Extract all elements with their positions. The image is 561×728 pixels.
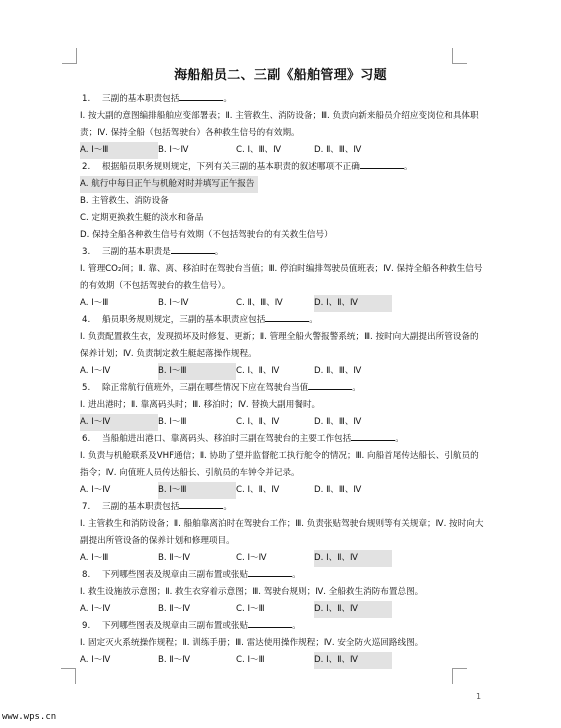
answer-option-a[interactable]: A. Ⅰ～Ⅳ bbox=[80, 482, 158, 499]
answer-option-d[interactable]: D. 保持全船各种救生信号有效期（不包括驾驶台的有关救生信号） bbox=[80, 227, 337, 244]
page-corner-mark-top-right bbox=[452, 48, 467, 64]
answer-option-d[interactable]: D. Ⅰ、Ⅱ、Ⅳ bbox=[314, 295, 392, 312]
answer-option-c[interactable]: C. Ⅰ～Ⅲ bbox=[236, 601, 314, 618]
question-end-mark: 。 bbox=[223, 502, 232, 512]
answer-options: A. Ⅰ～ⅢB. Ⅰ～ⅣC. Ⅱ、Ⅲ、ⅣD. Ⅰ、Ⅱ、Ⅳ bbox=[80, 295, 486, 312]
question-stem: 5.除正常航行值班外，三副在哪些情况下应在驾驶台当值。 bbox=[80, 380, 486, 397]
question-block: 3.三副的基本职责是。Ⅰ. 管理CO₂间；Ⅱ. 靠、离、移泊时在驾驶台当值；Ⅲ.… bbox=[80, 244, 486, 312]
answer-option-c[interactable]: C. Ⅰ、Ⅱ、Ⅳ bbox=[236, 482, 314, 499]
answer-blank bbox=[248, 567, 292, 577]
question-number: 2. bbox=[82, 159, 102, 176]
answer-option-a[interactable]: A. Ⅰ～Ⅲ bbox=[80, 295, 158, 312]
answer-option-a[interactable]: A. Ⅰ～Ⅳ bbox=[80, 414, 158, 431]
answer-blank bbox=[179, 499, 223, 509]
question-text: 船员职务规则规定，三副的基本职责应包括 bbox=[102, 315, 265, 325]
answer-option-d[interactable]: D. Ⅰ、Ⅱ、Ⅳ bbox=[314, 652, 392, 669]
answer-option-d[interactable]: D. Ⅰ、Ⅱ、Ⅳ bbox=[314, 601, 392, 618]
answer-option-b[interactable]: B. Ⅱ～Ⅳ bbox=[158, 601, 236, 618]
question-block: 1.三副的基本职责包括。Ⅰ. 按大副的意图编排船舶应变部署表；Ⅱ. 主管救生、消… bbox=[80, 91, 486, 159]
question-end-mark: 。 bbox=[215, 247, 224, 257]
answer-option-a[interactable]: A. 航行中每日正午与机舱对时并填写正午报告 bbox=[80, 176, 258, 193]
question-stem: 4.船员职务规则规定，三副的基本职责应包括。 bbox=[80, 312, 486, 329]
answer-blank bbox=[171, 244, 215, 254]
footer-watermark: www.wps.cn bbox=[2, 712, 56, 722]
answer-blank bbox=[308, 380, 352, 390]
answer-option-b[interactable]: B. Ⅱ～Ⅳ bbox=[158, 652, 236, 669]
answer-options: A. Ⅰ～ⅢB. Ⅱ～ⅣC. Ⅰ～ⅣD. Ⅰ、Ⅱ、Ⅳ bbox=[80, 550, 486, 567]
question-number: 4. bbox=[82, 312, 102, 329]
answer-option-c[interactable]: C. Ⅰ～Ⅳ bbox=[236, 550, 314, 567]
question-statements: Ⅰ. 固定灭火系统操作规程；Ⅱ. 训练手册；Ⅲ. 雷达使用操作规程；Ⅳ. 安全防… bbox=[80, 635, 486, 652]
answer-option-d[interactable]: D. Ⅱ、Ⅲ、Ⅳ bbox=[314, 414, 392, 431]
answer-option-a[interactable]: A. Ⅰ～Ⅳ bbox=[80, 363, 158, 380]
answer-option-row: D. 保持全船各种救生信号有效期（不包括驾驶台的有关救生信号） bbox=[80, 227, 486, 244]
question-block: 4.船员职务规则规定，三副的基本职责应包括。Ⅰ. 负责配置救生衣，发现损坏及时修… bbox=[80, 312, 486, 380]
answer-option-b[interactable]: B. Ⅰ～Ⅳ bbox=[158, 142, 236, 159]
answer-option-a[interactable]: A. Ⅰ～Ⅳ bbox=[80, 601, 158, 618]
question-number: 3. bbox=[82, 244, 102, 261]
question-number: 9. bbox=[82, 618, 102, 635]
answer-option-c[interactable]: C. Ⅰ、Ⅱ、Ⅳ bbox=[236, 414, 314, 431]
answer-options: A. Ⅰ～ⅢB. Ⅰ～ⅣC. Ⅰ、Ⅲ、ⅣD. Ⅱ、Ⅲ、Ⅳ bbox=[80, 142, 486, 159]
question-stem: 9.下列哪些图表及规章由三副布置或张贴。 bbox=[80, 618, 486, 635]
question-text: 当船舶进出港口、靠离码头、移泊时三副在驾驶台的主要工作包括 bbox=[102, 434, 351, 444]
question-text: 根据船员职务规则规定，下列有关三副的基本职责的叙述哪项不正确 bbox=[102, 162, 360, 172]
question-block: 6.当船舶进出港口、靠离码头、移泊时三副在驾驶台的主要工作包括。Ⅰ. 负责与机舱… bbox=[80, 431, 486, 499]
document-title: 海船船员二、三副《船舶管理》习题 bbox=[0, 64, 561, 83]
answer-option-d[interactable]: D. Ⅰ、Ⅱ、Ⅳ bbox=[314, 550, 392, 567]
question-statements: Ⅰ. 负责与机舱联系及VHF通信；Ⅱ. 协助了望并监督舵工执行舵令的情况；Ⅲ. … bbox=[80, 448, 486, 482]
question-text: 下列哪些图表及规章由三副布置或张贴 bbox=[102, 570, 248, 580]
answer-option-d[interactable]: D. Ⅱ、Ⅲ、Ⅳ bbox=[314, 482, 392, 499]
answer-option-b[interactable]: B. 主管救生、消防设备 bbox=[80, 193, 173, 210]
question-statements: Ⅰ. 救生设施放示意图；Ⅱ. 救生衣穿着示意图；Ⅲ. 驾驶台规则；Ⅳ. 全船救生… bbox=[80, 584, 486, 601]
question-number: 8. bbox=[82, 567, 102, 584]
answer-blank bbox=[265, 312, 309, 322]
question-stem: 2.根据船员职务规则规定，下列有关三副的基本职责的叙述哪项不正确。 bbox=[80, 159, 486, 176]
answer-option-a[interactable]: A. Ⅰ～Ⅲ bbox=[80, 142, 158, 159]
answer-options: A. Ⅰ～ⅣB. Ⅱ～ⅣC. Ⅰ～ⅢD. Ⅰ、Ⅱ、Ⅳ bbox=[80, 652, 486, 669]
question-text: 三副的基本职责包括 bbox=[102, 94, 179, 104]
answer-option-b[interactable]: B. Ⅰ～Ⅲ bbox=[158, 414, 236, 431]
page-corner-mark-bottom-left bbox=[61, 668, 76, 684]
page-corner-mark-top-left bbox=[62, 48, 77, 64]
answer-blank bbox=[360, 159, 404, 169]
answer-options: A. Ⅰ～ⅣB. Ⅱ～ⅣC. Ⅰ～ⅢD. Ⅰ、Ⅱ、Ⅳ bbox=[80, 601, 486, 618]
answer-options: A. Ⅰ～ⅣB. Ⅰ～ⅢC. Ⅰ、Ⅱ、ⅣD. Ⅱ、Ⅲ、Ⅳ bbox=[80, 414, 486, 431]
question-block: 2.根据船员职务规则规定，下列有关三副的基本职责的叙述哪项不正确。A. 航行中每… bbox=[80, 159, 486, 244]
question-end-mark: 。 bbox=[223, 94, 232, 104]
question-stem: 8.下列哪些图表及规章由三副布置或张贴。 bbox=[80, 567, 486, 584]
answer-blank bbox=[248, 618, 292, 628]
question-statements: Ⅰ. 进出港时；Ⅱ. 靠离码头时；Ⅲ. 移泊时；Ⅳ. 替换大副用餐时。 bbox=[80, 397, 486, 414]
answer-option-c[interactable]: C. Ⅰ、Ⅱ、Ⅳ bbox=[236, 363, 314, 380]
answer-option-c[interactable]: C. Ⅰ、Ⅲ、Ⅳ bbox=[236, 142, 314, 159]
answer-option-c[interactable]: C. Ⅱ、Ⅲ、Ⅳ bbox=[236, 295, 314, 312]
question-statements: Ⅰ. 负责配置救生衣，发现损坏及时修复、更新；Ⅱ. 管理全船火警报警系统；Ⅲ. … bbox=[80, 329, 486, 363]
answer-option-row: B. 主管救生、消防设备 bbox=[80, 193, 486, 210]
question-stem: 7.三副的基本职责包括。 bbox=[80, 499, 486, 516]
answer-options: A. Ⅰ～ⅣB. Ⅰ～ⅢC. Ⅰ、Ⅱ、ⅣD. Ⅱ、Ⅲ、Ⅳ bbox=[80, 363, 486, 380]
question-statements: Ⅰ. 管理CO₂间；Ⅱ. 靠、离、移泊时在驾驶台当值；Ⅲ. 停泊时编排驾驶员值班… bbox=[80, 261, 486, 295]
answer-option-b[interactable]: B. Ⅱ～Ⅳ bbox=[158, 550, 236, 567]
question-text: 三副的基本职责是 bbox=[102, 247, 171, 257]
answer-blank bbox=[351, 431, 395, 441]
question-text: 除正常航行值班外，三副在哪些情况下应在驾驶台当值 bbox=[102, 383, 308, 393]
answer-blank bbox=[179, 91, 223, 101]
answer-option-c[interactable]: C. Ⅰ～Ⅲ bbox=[236, 652, 314, 669]
answer-option-b[interactable]: B. Ⅰ～Ⅲ bbox=[158, 363, 236, 380]
question-end-mark: 。 bbox=[352, 383, 361, 393]
answer-option-d[interactable]: D. Ⅱ、Ⅲ、Ⅳ bbox=[314, 142, 392, 159]
answer-option-a[interactable]: A. Ⅰ～Ⅲ bbox=[80, 550, 158, 567]
question-text: 三副的基本职责包括 bbox=[102, 502, 179, 512]
question-statements: Ⅰ. 按大副的意图编排船舶应变部署表；Ⅱ. 主管救生、消防设备；Ⅲ. 负责向新来… bbox=[80, 108, 486, 142]
question-number: 5. bbox=[82, 380, 102, 397]
page-corner-mark-bottom-right bbox=[452, 668, 467, 684]
page-number: 1 bbox=[476, 692, 481, 701]
answer-option-b[interactable]: B. Ⅰ～Ⅳ bbox=[158, 295, 236, 312]
answer-options: A. Ⅰ～ⅣB. Ⅰ～ⅢC. Ⅰ、Ⅱ、ⅣD. Ⅱ、Ⅲ、Ⅳ bbox=[80, 482, 486, 499]
question-stem: 1.三副的基本职责包括。 bbox=[80, 91, 486, 108]
question-block: 5.除正常航行值班外，三副在哪些情况下应在驾驶台当值。Ⅰ. 进出港时；Ⅱ. 靠离… bbox=[80, 380, 486, 431]
question-block: 7.三副的基本职责包括。Ⅰ. 主管救生和消防设备；Ⅱ. 船舶靠离泊时在驾驶台工作… bbox=[80, 499, 486, 567]
question-stem: 6.当船舶进出港口、靠离码头、移泊时三副在驾驶台的主要工作包括。 bbox=[80, 431, 486, 448]
question-statements: Ⅰ. 主管救生和消防设备；Ⅱ. 船舶靠离泊时在驾驶台工作；Ⅲ. 负责张贴驾驶台规… bbox=[80, 516, 486, 550]
answer-option-row: A. 航行中每日正午与机舱对时并填写正午报告 bbox=[80, 176, 486, 193]
question-block: 8.下列哪些图表及规章由三副布置或张贴。Ⅰ. 救生设施放示意图；Ⅱ. 救生衣穿着… bbox=[80, 567, 486, 618]
question-number: 6. bbox=[82, 431, 102, 448]
answer-option-d[interactable]: D. Ⅱ、Ⅲ、Ⅳ bbox=[314, 363, 392, 380]
question-number: 7. bbox=[82, 499, 102, 516]
question-number: 1. bbox=[82, 91, 102, 108]
question-end-mark: 。 bbox=[309, 315, 318, 325]
question-end-mark: 。 bbox=[292, 570, 301, 580]
question-text: 下列哪些图表及规章由三副布置或张贴 bbox=[102, 621, 248, 631]
answer-option-a[interactable]: A. Ⅰ～Ⅳ bbox=[80, 652, 158, 669]
question-stem: 3.三副的基本职责是。 bbox=[80, 244, 486, 261]
answer-option-b[interactable]: B. Ⅰ～Ⅲ bbox=[158, 482, 236, 499]
question-end-mark: 。 bbox=[404, 162, 413, 172]
question-end-mark: 。 bbox=[395, 434, 404, 444]
question-list: 1.三副的基本职责包括。Ⅰ. 按大副的意图编排船舶应变部署表；Ⅱ. 主管救生、消… bbox=[80, 91, 486, 669]
question-end-mark: 。 bbox=[292, 621, 301, 631]
answer-option-row: C. 定期更换救生艇的淡水和备品 bbox=[80, 210, 486, 227]
answer-option-c[interactable]: C. 定期更换救生艇的淡水和备品 bbox=[80, 210, 207, 227]
question-block: 9.下列哪些图表及规章由三副布置或张贴。Ⅰ. 固定灭火系统操作规程；Ⅱ. 训练手… bbox=[80, 618, 486, 669]
